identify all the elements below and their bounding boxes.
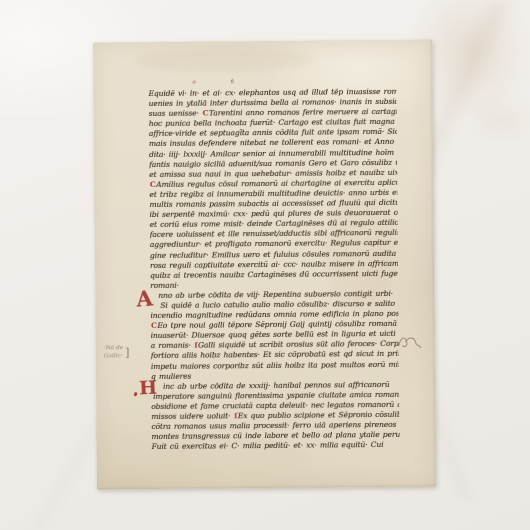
drop-cap-initial: A	[135, 287, 153, 309]
interlinear-correction: o	[192, 80, 195, 86]
pen-flourish-mark	[396, 333, 422, 351]
rubricator-mark	[134, 392, 138, 397]
manuscript-page: ·Nō đe Gallic· ] o ñ A H Equidē vi· in· …	[93, 40, 436, 490]
text-line: quibz ai trecentis nauibz Cartaginēses d…	[150, 269, 398, 281]
interlinear-correction: ñ	[230, 79, 234, 85]
parchment-stain	[133, 47, 313, 75]
photo-backdrop: ·Nō đe Gallic· ] o ñ A H Equidē vi· in· …	[0, 0, 530, 530]
rubric-capitulum: C	[149, 180, 156, 189]
margin-note-text: ·Nō đe Gallic·	[104, 345, 124, 360]
margin-note-bracket: ]	[125, 349, 129, 357]
rubric-capitulum: C	[150, 321, 157, 330]
margin-note: ·Nō đe Gallic· ]	[104, 345, 148, 360]
text-block: o ñ A H Equidē vi· in· et ai· cx· elepha…	[148, 87, 399, 455]
text-line: Fuit cū exercitus ei· C· milia peditū· e…	[152, 440, 400, 452]
